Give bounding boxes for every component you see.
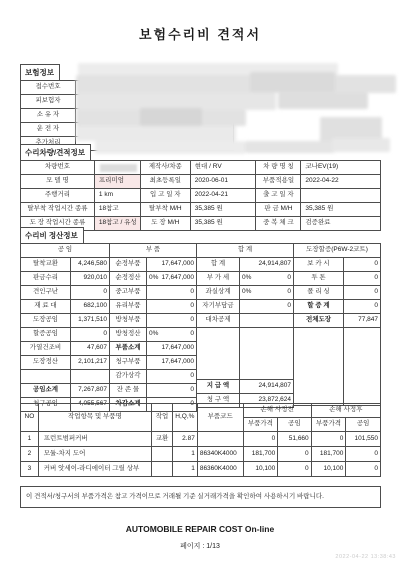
settlement-value: 7,267,807 bbox=[71, 384, 110, 398]
work-row: 2모듈-차지 도어186340K4000181,7000181,7000 bbox=[21, 447, 381, 462]
settlement-value: 0 bbox=[344, 286, 381, 300]
amount: 17,647,000 bbox=[161, 344, 194, 351]
settlement-label: 보 카 시 bbox=[294, 258, 344, 272]
col-hq: H,Q,% bbox=[172, 404, 197, 432]
price-after: 181,700 bbox=[311, 447, 346, 462]
settlement-row: 부 가 세0%0 bbox=[197, 272, 294, 286]
paint-surcharge-table: 도장할증(P6W-2코트) 보 카 시0투 톤0폴 리 싱0할 증 계0전체도장… bbox=[293, 243, 381, 406]
settlement-value: 0 bbox=[147, 286, 197, 300]
amount: 0 bbox=[287, 288, 291, 295]
percent-value: 0% bbox=[242, 289, 251, 296]
vehicle-field-label: 최초등록일 bbox=[140, 175, 190, 189]
notice-box: 이 견적서/청구서의 부품가격은 참고 가격이므로 거래될 기준 실거래가격을 … bbox=[20, 486, 381, 508]
settlement-label: 지 급 액 bbox=[197, 380, 240, 394]
work-row: 1프런트범퍼커버교환2.87051,6600101,550 bbox=[21, 432, 381, 447]
amount: 7,267,807 bbox=[78, 386, 107, 393]
settlement-value: 0 bbox=[344, 300, 381, 314]
item-name: 프런트범퍼커버 bbox=[38, 432, 151, 447]
percent-value: 0% bbox=[242, 275, 251, 282]
settlement-value: 0 bbox=[147, 370, 197, 384]
settlement-row bbox=[197, 328, 294, 380]
part-code: 86340K4000 bbox=[197, 447, 243, 462]
price-before: 0 bbox=[243, 432, 278, 447]
insurance-row-value bbox=[76, 109, 234, 123]
settlement-value: 24,914,807 bbox=[240, 380, 294, 394]
job-type bbox=[152, 462, 173, 477]
settlement-value: 0 bbox=[71, 286, 110, 300]
work-row: 3커버 앗세이-라디에이터 그릴 상부186360K400010,100010,… bbox=[21, 462, 381, 477]
amount: 0 bbox=[103, 330, 107, 337]
settlement-value: 0 bbox=[344, 272, 381, 286]
settlement-label bbox=[197, 328, 240, 380]
col-job: 작업 bbox=[152, 404, 173, 432]
settlement-row: 재 료 대682,100 bbox=[21, 300, 110, 314]
insurance-row: 운 전 자 bbox=[21, 123, 234, 137]
amount: 0 bbox=[374, 288, 378, 295]
settlement-label: 순정정산 bbox=[110, 272, 147, 286]
insurance-row-label: 소 유 자 bbox=[21, 109, 76, 123]
item-name: 커버 앗세이-라디에이터 그릴 상부 bbox=[38, 462, 151, 477]
settlement-row: 감가상각0 bbox=[110, 370, 197, 384]
settlement-label: 판금수리 bbox=[21, 272, 71, 286]
settlement-value: 0 bbox=[147, 314, 197, 328]
vehicle-field-value: 코나EV(19) bbox=[301, 161, 381, 175]
settlement-value bbox=[71, 370, 110, 384]
settlement-value: 4,246,580 bbox=[71, 258, 110, 272]
job-type bbox=[152, 447, 173, 462]
settlement-value bbox=[240, 328, 294, 380]
settlement-row: 도장공임1,371,510 bbox=[21, 314, 110, 328]
settlement-row: 보 카 시0 bbox=[294, 258, 381, 272]
hq-value: 2.87 bbox=[172, 432, 197, 447]
amount: 0 bbox=[190, 330, 194, 337]
settlement-row: 부품소계17,647,000 bbox=[110, 342, 197, 356]
settlement-label: 도장정산 bbox=[21, 356, 71, 370]
settlement-row: 투 톤0 bbox=[294, 272, 381, 286]
vehicle-field-value: 18참고 bbox=[94, 203, 140, 217]
print-timestamp: 2022-04-22 13:38:43 bbox=[335, 554, 396, 560]
settlement-label: 방청부품 bbox=[110, 314, 147, 328]
vehicle-field-label: 부품적용일 bbox=[256, 175, 301, 189]
total-table: 합 계 합 계24,914,807부 가 세0%0과실상계0%0자기부담금0대차… bbox=[196, 243, 294, 408]
insurance-row-value bbox=[76, 81, 234, 95]
vehicle-field-label: 주행거리 bbox=[21, 189, 95, 203]
amount: 920,010 bbox=[84, 274, 108, 281]
vehicle-row: 모 델 명프리미엄최초등록일2020-06-01부품적용일2022-04-22 bbox=[21, 175, 381, 189]
settlement-value: 17,647,000 bbox=[147, 356, 197, 370]
percent-value: 0% bbox=[149, 275, 158, 282]
vehicle-field-label: 출 고 일 자 bbox=[256, 189, 301, 203]
settlement-value: 682,100 bbox=[71, 300, 110, 314]
labor-table: 공 임 탈착교환4,246,580판금수리920,010견인구난0재 료 대68… bbox=[20, 243, 110, 412]
amount: 77,847 bbox=[358, 316, 378, 323]
labor-after: 0 bbox=[346, 462, 381, 477]
settlement-section: 수리비 정산정보 공 임 탈착교환4,246,580판금수리920,010견인구… bbox=[20, 225, 381, 412]
settlement-label: 폴 리 싱 bbox=[294, 286, 344, 300]
settlement-value: 0 bbox=[71, 328, 110, 342]
vehicle-section-title: 수리차량/견적정보 bbox=[20, 144, 91, 161]
settlement-row: 순정부품17,647,000 bbox=[110, 258, 197, 272]
vehicle-field-value: 프리미엄 bbox=[94, 175, 140, 189]
settlement-label: 잔 존 물 bbox=[110, 384, 147, 398]
settlement-row: 자기부담금0 bbox=[197, 300, 294, 314]
labor-after: 101,550 bbox=[346, 432, 381, 447]
amount: 0 bbox=[190, 316, 194, 323]
insurance-row: 접수번호 bbox=[21, 81, 234, 95]
settlement-row bbox=[294, 328, 381, 406]
settlement-row: 합 계24,914,807 bbox=[197, 258, 294, 272]
amount: 0 bbox=[190, 302, 194, 309]
settlement-label: 자기부담금 bbox=[197, 300, 240, 314]
vehicle-row: 탈부착 작업시간 종류18참고탈부착 M/H35,385 원판 금 M/H35,… bbox=[21, 203, 381, 217]
settlement-row: 과실상계0%0 bbox=[197, 286, 294, 300]
amount: 0 bbox=[190, 372, 194, 379]
settlement-value: 0%0 bbox=[147, 328, 197, 342]
amount: 0 bbox=[374, 302, 378, 309]
col-item: 작업항목 및 부품명 bbox=[38, 404, 151, 432]
amount: 47,607 bbox=[87, 344, 107, 351]
page-indicator: 페이지 : 1/13 bbox=[0, 541, 400, 551]
settlement-value: 17,647,000 bbox=[147, 342, 197, 356]
row-number: 3 bbox=[21, 462, 39, 477]
vehicle-field-value: 2022-04-21 bbox=[190, 189, 256, 203]
settlement-row bbox=[21, 370, 110, 384]
part-code bbox=[197, 432, 243, 447]
labor-before: 0 bbox=[278, 462, 311, 477]
settlement-label: 할 증 계 bbox=[294, 300, 344, 314]
amount: 24,914,807 bbox=[258, 382, 291, 389]
insurance-row: 소 유 자 bbox=[21, 109, 234, 123]
amount: 0 bbox=[287, 302, 291, 309]
vehicle-field-label: 입 고 일 자 bbox=[140, 189, 190, 203]
settlement-value: 77,847 bbox=[344, 314, 381, 328]
amount: 0 bbox=[374, 274, 378, 281]
settlement-label: 방청정산 bbox=[110, 328, 147, 342]
settlement-row: 할증공임0 bbox=[21, 328, 110, 342]
settlement-label: 공임소계 bbox=[21, 384, 71, 398]
settlement-label: 부품소계 bbox=[110, 342, 147, 356]
vehicle-field-label: 차 량 명 칭 bbox=[256, 161, 301, 175]
settlement-tables: 공 임 탈착교환4,246,580판금수리920,010견인구난0재 료 대68… bbox=[20, 244, 381, 412]
settlement-row: 지 급 액24,914,807 bbox=[197, 380, 294, 394]
settlement-label: 대차공제 bbox=[197, 314, 240, 328]
settlement-label: 유리부품 bbox=[110, 300, 147, 314]
vehicle-field-value: 1 km bbox=[94, 189, 140, 203]
row-number: 2 bbox=[21, 447, 39, 462]
settlement-row: 탈착교환4,246,580 bbox=[21, 258, 110, 272]
percent-value: 0% bbox=[149, 331, 158, 338]
insurance-row-value bbox=[76, 123, 234, 137]
settlement-value bbox=[344, 328, 381, 406]
parts-table: 부 품 순정부품17,647,000순정정산0%17,647,000중고부품0유… bbox=[109, 243, 197, 412]
work-items-section: NO 작업항목 및 부품명 작업 H,Q,% 부품코드 손해 사정전 손해 사정… bbox=[20, 404, 381, 477]
hq-value: 1 bbox=[172, 447, 197, 462]
amount: 24,914,807 bbox=[258, 260, 291, 267]
vehicle-info-section: 수리차량/견적정보 차량번호제작사/차종현대 / RV차 량 명 칭코나EV(1… bbox=[20, 142, 381, 231]
amount: 0 bbox=[374, 260, 378, 267]
amount: 682,100 bbox=[84, 302, 108, 309]
settlement-row: 유리부품0 bbox=[110, 300, 197, 314]
amount: 0 bbox=[190, 386, 194, 393]
settlement-label: 견인구난 bbox=[21, 286, 71, 300]
settlement-label: 가열건조비 bbox=[21, 342, 71, 356]
settlement-label: 할증공임 bbox=[21, 328, 71, 342]
insurance-row: 피보험자 bbox=[21, 95, 234, 109]
settlement-value: 0 bbox=[240, 300, 294, 314]
col-labor-after: 공임 bbox=[346, 418, 381, 432]
settlement-label: 합 계 bbox=[197, 258, 240, 272]
insurance-row-label: 피보험자 bbox=[21, 95, 76, 109]
labor-before: 51,660 bbox=[278, 432, 311, 447]
vehicle-row: 차량번호제작사/차종현대 / RV차 량 명 칭코나EV(19) bbox=[21, 161, 381, 175]
amount: 17,647,000 bbox=[161, 260, 194, 267]
vehicle-row: 주행거리1 km입 고 일 자2022-04-21출 고 일 자 bbox=[21, 189, 381, 203]
amount: 1,371,510 bbox=[78, 316, 107, 323]
settlement-row: 방청정산0%0 bbox=[110, 328, 197, 342]
col-price-after: 부품가격 bbox=[311, 418, 346, 432]
vehicle-field-value bbox=[301, 189, 381, 203]
settlement-value: 0 bbox=[147, 300, 197, 314]
settlement-label: 부 가 세 bbox=[197, 272, 240, 286]
settlement-value: 0%0 bbox=[240, 272, 294, 286]
settlement-value: 0%0 bbox=[240, 286, 294, 300]
col-price-before: 부품가격 bbox=[243, 418, 278, 432]
price-after: 10,100 bbox=[311, 462, 346, 477]
amount: 17,647,000 bbox=[161, 274, 194, 281]
job-type: 교환 bbox=[152, 432, 173, 447]
settlement-value: 24,914,807 bbox=[240, 258, 294, 272]
amount: 0 bbox=[103, 288, 107, 295]
settlement-row: 대차공제 bbox=[197, 314, 294, 328]
row-number: 1 bbox=[21, 432, 39, 447]
col-labor-before: 공임 bbox=[278, 418, 311, 432]
settlement-row: 폴 리 싱0 bbox=[294, 286, 381, 300]
vehicle-field-value: 35,385 원 bbox=[190, 203, 256, 217]
settlement-label: 청구부품 bbox=[110, 356, 147, 370]
paint-header: 도장할증(P6W-2코트) bbox=[294, 244, 381, 258]
settlement-label bbox=[21, 370, 71, 384]
settlement-row: 견인구난0 bbox=[21, 286, 110, 300]
amount: 2,101,217 bbox=[78, 358, 107, 365]
amount: 17,647,000 bbox=[161, 358, 194, 365]
settlement-value: 47,607 bbox=[71, 342, 110, 356]
settlement-value: 2,101,217 bbox=[71, 356, 110, 370]
col-before-group: 손해 사정전 bbox=[243, 404, 311, 418]
labor-after: 0 bbox=[346, 447, 381, 462]
settlement-row: 공임소계7,267,807 bbox=[21, 384, 110, 398]
settlement-row: 할 증 계0 bbox=[294, 300, 381, 314]
settlement-label: 탈착교환 bbox=[21, 258, 71, 272]
insurance-section-title: 보험정보 bbox=[20, 64, 60, 81]
settlement-value: 1,371,510 bbox=[71, 314, 110, 328]
vehicle-field-label: 제작사/차종 bbox=[140, 161, 190, 175]
work-items-table: NO 작업항목 및 부품명 작업 H,Q,% 부품코드 손해 사정전 손해 사정… bbox=[20, 403, 381, 477]
col-code: 부품코드 bbox=[197, 404, 243, 432]
settlement-label: 중고부품 bbox=[110, 286, 147, 300]
settlement-row: 중고부품0 bbox=[110, 286, 197, 300]
vehicle-field-label: 차량번호 bbox=[21, 161, 95, 175]
settlement-value bbox=[240, 314, 294, 328]
settlement-label: 도장공임 bbox=[21, 314, 71, 328]
settlement-value: 0 bbox=[344, 258, 381, 272]
settlement-label: 재 료 대 bbox=[21, 300, 71, 314]
labor-header: 공 임 bbox=[21, 244, 110, 258]
vehicle-field-value: 2022-04-22 bbox=[301, 175, 381, 189]
settlement-label bbox=[294, 328, 344, 406]
settlement-value: 920,010 bbox=[71, 272, 110, 286]
vehicle-field-label: 판 금 M/H bbox=[256, 203, 301, 217]
settlement-value: 0%17,647,000 bbox=[147, 272, 197, 286]
settlement-row: 청구부품17,647,000 bbox=[110, 356, 197, 370]
vehicle-field-value: 현대 / RV bbox=[190, 161, 256, 175]
amount: 0 bbox=[190, 288, 194, 295]
settlement-row: 전체도장77,847 bbox=[294, 314, 381, 328]
settlement-row: 순정정산0%17,647,000 bbox=[110, 272, 197, 286]
part-code: 86360K4000 bbox=[197, 462, 243, 477]
settlement-section-title: 수리비 정산정보 bbox=[20, 227, 84, 244]
price-after: 0 bbox=[311, 432, 346, 447]
settlement-label: 순정부품 bbox=[110, 258, 147, 272]
settlement-label: 투 톤 bbox=[294, 272, 344, 286]
insurance-row-value bbox=[76, 95, 234, 109]
col-after-group: 손해 사정후 bbox=[311, 404, 380, 418]
labor-before: 0 bbox=[278, 447, 311, 462]
hq-value: 1 bbox=[172, 462, 197, 477]
vehicle-field-label: 탈부착 M/H bbox=[140, 203, 190, 217]
amount: 0 bbox=[287, 274, 291, 281]
vehicle-field-label: 모 델 명 bbox=[21, 175, 95, 189]
redaction-blob bbox=[100, 164, 137, 172]
settlement-label: 전체도장 bbox=[294, 314, 344, 328]
price-before: 10,100 bbox=[243, 462, 278, 477]
col-no: NO bbox=[21, 404, 39, 432]
parts-header: 부 품 bbox=[110, 244, 197, 258]
insurance-info-section: 보험정보 접수번호피보험자소 유 자운 전 자추가처리 bbox=[20, 62, 381, 151]
settlement-row: 판금수리920,010 bbox=[21, 272, 110, 286]
settlement-value: 0 bbox=[147, 384, 197, 398]
insurance-table: 접수번호피보험자소 유 자운 전 자추가처리 bbox=[20, 80, 234, 151]
settlement-value: 17,647,000 bbox=[147, 258, 197, 272]
vehicle-field-label: 탈부착 작업시간 종류 bbox=[21, 203, 95, 217]
settlement-label: 과실상계 bbox=[197, 286, 240, 300]
item-name: 모듈-차지 도어 bbox=[38, 447, 151, 462]
settlement-row: 방청부품0 bbox=[110, 314, 197, 328]
page-title: 보험수리비 견적서 bbox=[0, 24, 400, 43]
price-before: 181,700 bbox=[243, 447, 278, 462]
vehicle-field-value: 2020-06-01 bbox=[190, 175, 256, 189]
total-header: 합 계 bbox=[197, 244, 294, 258]
vehicle-field-value: 35,385 원 bbox=[301, 203, 381, 217]
settlement-label: 감가상각 bbox=[110, 370, 147, 384]
settlement-row: 잔 존 물0 bbox=[110, 384, 197, 398]
settlement-row: 도장정산2,101,217 bbox=[21, 356, 110, 370]
footer-brand: AUTOMOBILE REPAIR COST On-line bbox=[0, 524, 400, 534]
vehicle-table: 차량번호제작사/차종현대 / RV차 량 명 칭코나EV(19)모 델 명프리미… bbox=[20, 160, 381, 231]
insurance-row-label: 운 전 자 bbox=[21, 123, 76, 137]
insurance-row-label: 접수번호 bbox=[21, 81, 76, 95]
settlement-row: 가열건조비47,607 bbox=[21, 342, 110, 356]
vehicle-field-value bbox=[94, 161, 140, 175]
amount: 4,246,580 bbox=[78, 260, 107, 267]
